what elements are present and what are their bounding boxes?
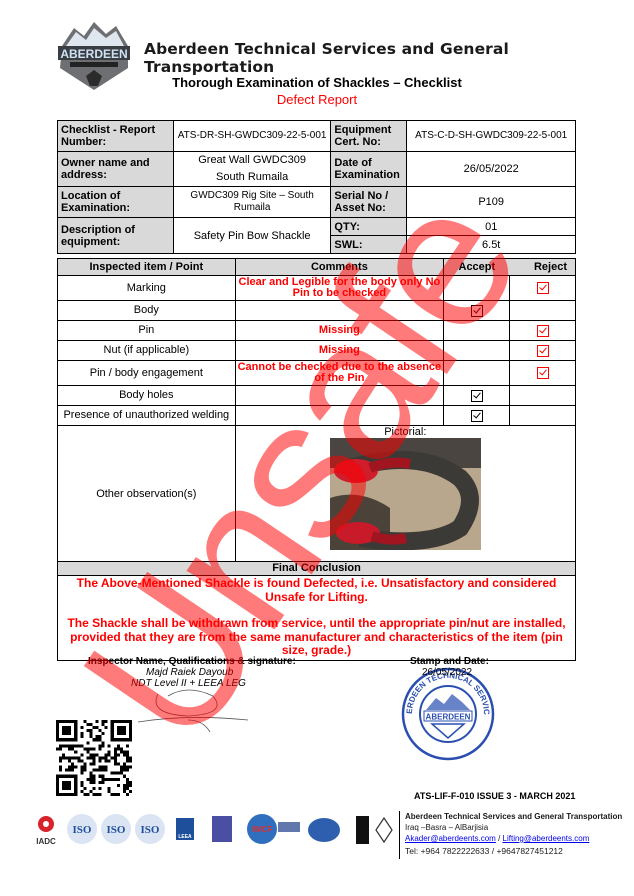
comment <box>235 301 444 321</box>
swl-label: SWL: <box>331 236 407 254</box>
cert-no-value: ATS-C-D-SH-GWDC309-22-5-001 <box>407 121 576 152</box>
inspected-item: Pin / body engagement <box>58 361 236 386</box>
iso-logo-3: ISO <box>135 814 165 844</box>
iso-logo-2: ISO <box>101 814 131 844</box>
other-observations-label: Other observation(s) <box>58 426 236 564</box>
svg-text:ISO: ISO <box>107 824 126 836</box>
iadc-logo: IADC <box>36 816 56 846</box>
qr-code[interactable] <box>56 720 132 796</box>
inspected-item: Body <box>58 301 236 321</box>
header-inspected-item: Inspected item / Point <box>58 259 236 276</box>
inspected-item: Marking <box>58 276 236 301</box>
header-accept: Accept <box>444 259 510 276</box>
serial-value: P109 <box>407 187 576 218</box>
equipment-info-table: Checklist - Report Number: ATS-DR-SH-GWD… <box>57 120 576 254</box>
accept-cell <box>444 276 510 301</box>
stamp-date: 26/05/2022 <box>422 667 472 678</box>
pictorial-cell: Pictorial: <box>235 426 575 564</box>
api-monogram-logo <box>376 818 392 842</box>
svg-text:LEEA: LEEA <box>178 834 192 840</box>
accept-checkbox-icon[interactable] <box>471 305 483 317</box>
conclusion-paragraph-1: The Above-Mentioned Shackle is found Def… <box>62 577 571 604</box>
svg-text:ISO: ISO <box>141 824 160 836</box>
footer-emails: Akader@aberdeents.com / Lifting@aberdeen… <box>405 834 589 843</box>
form-code: ATS-LIF-F-010 ISSUE 3 - MARCH 2021 <box>414 791 575 801</box>
reject-cell <box>510 301 576 321</box>
reject-cell <box>510 321 576 341</box>
accept-cell <box>444 301 510 321</box>
svg-text:IWCF: IWCF <box>252 825 273 834</box>
svg-text:IADC: IADC <box>36 837 56 846</box>
inspector-label: Inspector Name, Qualifications & signatu… <box>88 656 296 667</box>
header-reject: Reject <box>510 259 576 276</box>
document-title: Thorough Examination of Shackles – Check… <box>0 75 634 90</box>
inspected-item: Pin <box>58 321 236 341</box>
reject-checkbox-icon[interactable] <box>537 282 549 294</box>
svg-text:ABERDEEN: ABERDEEN <box>426 713 471 722</box>
iwcf-logo: IWCF <box>247 814 300 844</box>
accept-cell <box>444 386 510 406</box>
email-link-akader[interactable]: Akader@aberdeents.com <box>405 834 496 843</box>
shackle-photo <box>330 438 481 550</box>
accept-cell <box>444 406 510 426</box>
reject-cell <box>510 406 576 426</box>
reject-cell <box>510 276 576 301</box>
serial-label: Serial No / Asset No: <box>331 187 407 218</box>
checklist-row: Pin / body engagementCannot be checked d… <box>58 361 576 386</box>
final-conclusion: Final Conclusion The Above-Mentioned Sha… <box>57 561 576 661</box>
checklist-row: Presence of unauthorized welding <box>58 406 576 426</box>
footer-address: Iraq –Basra – AlBarjisia <box>405 823 488 832</box>
checklist-row: Nut (if applicable)Missing <box>58 341 576 361</box>
qty-value: 01 <box>407 218 576 236</box>
comment: Clear and Legible for the body only No P… <box>235 276 444 301</box>
checklist-row: MarkingClear and Legible for the body on… <box>58 276 576 301</box>
inspected-item: Presence of unauthorized welding <box>58 406 236 426</box>
certification-logos: IADC ISO ISO ISO LEEA IWCF <box>34 812 394 852</box>
pictorial-label: Pictorial: <box>236 427 575 438</box>
email-link-lifting[interactable]: Lifting@aberdeents.com <box>503 834 590 843</box>
api-q1-logo <box>356 816 369 844</box>
footer-company-name: Aberdeen Technical Services and General … <box>405 812 622 821</box>
location-label: Location of Examination: <box>58 187 174 218</box>
report-number-value: ATS-DR-SH-GWDC309-22-5-001 <box>173 121 331 152</box>
inspector-name: Majd Raiek Dayoub <box>146 667 233 678</box>
leea-logo: LEEA <box>176 818 194 840</box>
reject-cell <box>510 361 576 386</box>
svg-text:ISO: ISO <box>73 824 92 836</box>
company-stamp: ABERDEEN TECHNICAL SERVICES ABERDEEN <box>398 664 498 764</box>
comment: Missing <box>235 341 444 361</box>
accept-cell <box>444 361 510 386</box>
accept-cell <box>444 321 510 341</box>
iso-logo-1: ISO <box>67 814 97 844</box>
reject-cell <box>510 386 576 406</box>
accept-checkbox-icon[interactable] <box>471 390 483 402</box>
reject-checkbox-icon[interactable] <box>537 325 549 337</box>
date-value: 26/05/2022 <box>407 152 576 187</box>
cert-no-label: Equipment Cert. No: <box>331 121 407 152</box>
svg-text:ABERDEEN: ABERDEEN <box>60 47 127 61</box>
final-conclusion-text: The Above-Mentioned Shackle is found Def… <box>58 576 575 660</box>
accreditation-logo <box>212 816 232 842</box>
header-comments: Comments <box>235 259 444 276</box>
asnt-logo <box>308 818 340 842</box>
footer-divider <box>399 811 400 859</box>
report-number-label: Checklist - Report Number: <box>58 121 174 152</box>
description-value: Safety Pin Bow Shackle <box>173 218 331 254</box>
date-label: Date of Examination <box>331 152 407 187</box>
qty-label: QTY: <box>331 218 407 236</box>
footer-telephone: Tel: +964 7822222633 / +9647827451212 <box>405 846 563 856</box>
reject-checkbox-icon[interactable] <box>537 345 549 357</box>
inspected-item: Body holes <box>58 386 236 406</box>
reject-checkbox-icon[interactable] <box>537 367 549 379</box>
document-subtitle: Defect Report <box>0 92 634 107</box>
checklist-row: Body holes <box>58 386 576 406</box>
comment <box>235 386 444 406</box>
reject-cell <box>510 341 576 361</box>
conclusion-paragraph-2: The Shackle shall be withdrawn from serv… <box>62 617 571 658</box>
checklist-row: PinMissing <box>58 321 576 341</box>
owner-value: Great Wall GWDC309South Rumaila <box>173 152 331 187</box>
accept-cell <box>444 341 510 361</box>
checklist-row: Body <box>58 301 576 321</box>
swl-value: 6.5t <box>407 236 576 254</box>
description-label: Description of equipment: <box>58 218 174 254</box>
company-name: Aberdeen Technical Services and General … <box>144 40 634 76</box>
comment: Missing <box>235 321 444 341</box>
final-conclusion-title: Final Conclusion <box>58 562 575 576</box>
inspector-signature <box>128 684 278 734</box>
inspection-checklist-table: Inspected item / Point Comments Accept R… <box>57 258 576 564</box>
location-value: GWDC309 Rig Site – South Rumaila <box>173 187 331 218</box>
comment <box>235 406 444 426</box>
inspected-item: Nut (if applicable) <box>58 341 236 361</box>
owner-label: Owner name and address: <box>58 152 174 187</box>
comment: Cannot be checked due to the absence of … <box>235 361 444 386</box>
accept-checkbox-icon[interactable] <box>471 410 483 422</box>
